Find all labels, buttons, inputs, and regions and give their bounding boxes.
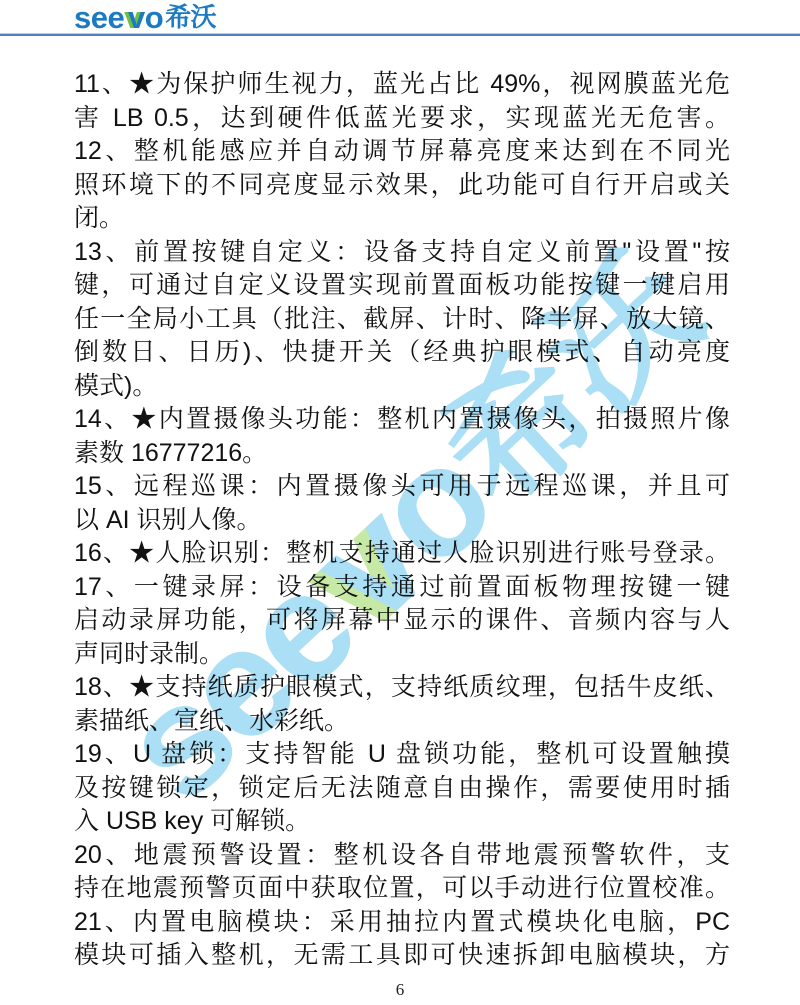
paragraph-item-21: 21、内置电脑模块：采用抽拉内置式模块化电脑，PC 模块可插入整机，无需工具即可… xyxy=(74,906,730,973)
paragraph-item-14: 14、★内置摄像头功能：整机内置摄像头，拍摄照片像 素数 16777216。 xyxy=(74,403,730,470)
paragraph-item-20: 20、地震预警设置：整机设各自带地震预警软件，支 持在地震预警页面中获取位置，可… xyxy=(74,839,730,906)
text-line: 模式)。 xyxy=(74,370,730,404)
text-line: 素描纸、宣纸、水彩纸。 xyxy=(74,705,730,739)
text-line: 及按键锁定，锁定后无法随意自由操作，需要使用时插 xyxy=(74,772,730,806)
text-line: 模块可插入整机，无需工具即可快速拆卸电脑模块，方 xyxy=(74,939,730,973)
seewo-logo: seevvo希沃 xyxy=(74,0,216,34)
document-body: 11、★为保护师生视力，蓝光占比 49%，视网膜蓝光危 害 LB 0.5，达到硬… xyxy=(74,68,730,973)
text-line: 素数 16777216。 xyxy=(74,437,730,471)
text-line: 声同时录制。 xyxy=(74,638,730,672)
logo-text-see: see xyxy=(74,2,124,33)
text-line: 21、内置电脑模块：采用抽拉内置式模块化电脑，PC xyxy=(74,906,730,940)
text-line: 14、★内置摄像头功能：整机内置摄像头，拍摄照片像 xyxy=(74,403,730,437)
text-line: 11、★为保护师生视力，蓝光占比 49%，视网膜蓝光危 xyxy=(74,68,730,102)
text-line: 照环境下的不同亮度显示效果，此功能可自行开启或关 xyxy=(74,169,730,203)
paragraph-item-11: 11、★为保护师生视力，蓝光占比 49%，视网膜蓝光危 害 LB 0.5，达到硬… xyxy=(74,68,730,135)
text-line: 启动录屏功能，可将屏幕中显示的课件、音频内容与人 xyxy=(74,604,730,638)
text-line: 害 LB 0.5，达到硬件低蓝光要求，实现蓝光无危害。 xyxy=(74,102,730,136)
logo-blue-v: v xyxy=(128,2,145,33)
paragraph-item-17: 17、一键录屏：设备支持通过前置面板物理按键一键 启动录屏功能，可将屏幕中显示的… xyxy=(74,571,730,672)
text-line: 15、远程巡课：内置摄像头可用于远程巡课，并且可 xyxy=(74,470,730,504)
text-line: 12、整机能感应并自动调节屏幕亮度来达到在不同光 xyxy=(74,135,730,169)
paragraph-item-15: 15、远程巡课：内置摄像头可用于远程巡课，并且可 以 AI 识别人像。 xyxy=(74,470,730,537)
logo-text-o: o xyxy=(145,2,163,33)
paragraph-item-13: 13、前置按键自定义：设备支持自定义前置"设置"按 键，可通过自定义设置实现前置… xyxy=(74,236,730,404)
paragraph-item-16: 16、★人脸识别：整机支持通过人脸识别进行账号登录。 xyxy=(74,537,730,571)
text-line: 持在地震预警页面中获取位置，可以手动进行位置校准。 xyxy=(74,872,730,906)
page-number: 6 xyxy=(0,980,800,1000)
paragraph-item-12: 12、整机能感应并自动调节屏幕亮度来达到在不同光 照环境下的不同亮度显示效果，此… xyxy=(74,135,730,236)
text-line: 闭。 xyxy=(74,202,730,236)
text-line: 20、地震预警设置：整机设各自带地震预警软件，支 xyxy=(74,839,730,873)
text-line: 以 AI 识别人像。 xyxy=(74,504,730,538)
paragraph-item-18: 18、★支持纸质护眼模式，支持纸质纹理，包括牛皮纸、 素描纸、宣纸、水彩纸。 xyxy=(74,671,730,738)
text-line: 17、一键录屏：设备支持通过前置面板物理按键一键 xyxy=(74,571,730,605)
text-line: 18、★支持纸质护眼模式，支持纸质纹理，包括牛皮纸、 xyxy=(74,671,730,705)
document-page: seevvo希沃 seevvo希沃 11、★为保护师生视力，蓝光占比 49%，视… xyxy=(0,0,800,1005)
logo-text-chinese: 希沃 xyxy=(165,4,216,30)
paragraph-item-19: 19、U 盘锁：支持智能 U 盘锁功能，整机可设置触摸 及按键锁定，锁定后无法随… xyxy=(74,738,730,839)
text-line: 任一全局小工具（批注、截屏、计时、降半屏、放大镜、 xyxy=(74,303,730,337)
text-line: 键，可通过自定义设置实现前置面板功能按键一键启用 xyxy=(74,269,730,303)
text-line: 13、前置按键自定义：设备支持自定义前置"设置"按 xyxy=(74,236,730,270)
text-line: 16、★人脸识别：整机支持通过人脸识别进行账号登录。 xyxy=(74,537,730,571)
text-line: 19、U 盘锁：支持智能 U 盘锁功能，整机可设置触摸 xyxy=(74,738,730,772)
header-divider-line xyxy=(0,33,800,36)
text-line: 倒数日、日历)、快捷开关（经典护眼模式、自动亮度 xyxy=(74,336,730,370)
text-line: 入 USB key 可解锁。 xyxy=(74,805,730,839)
